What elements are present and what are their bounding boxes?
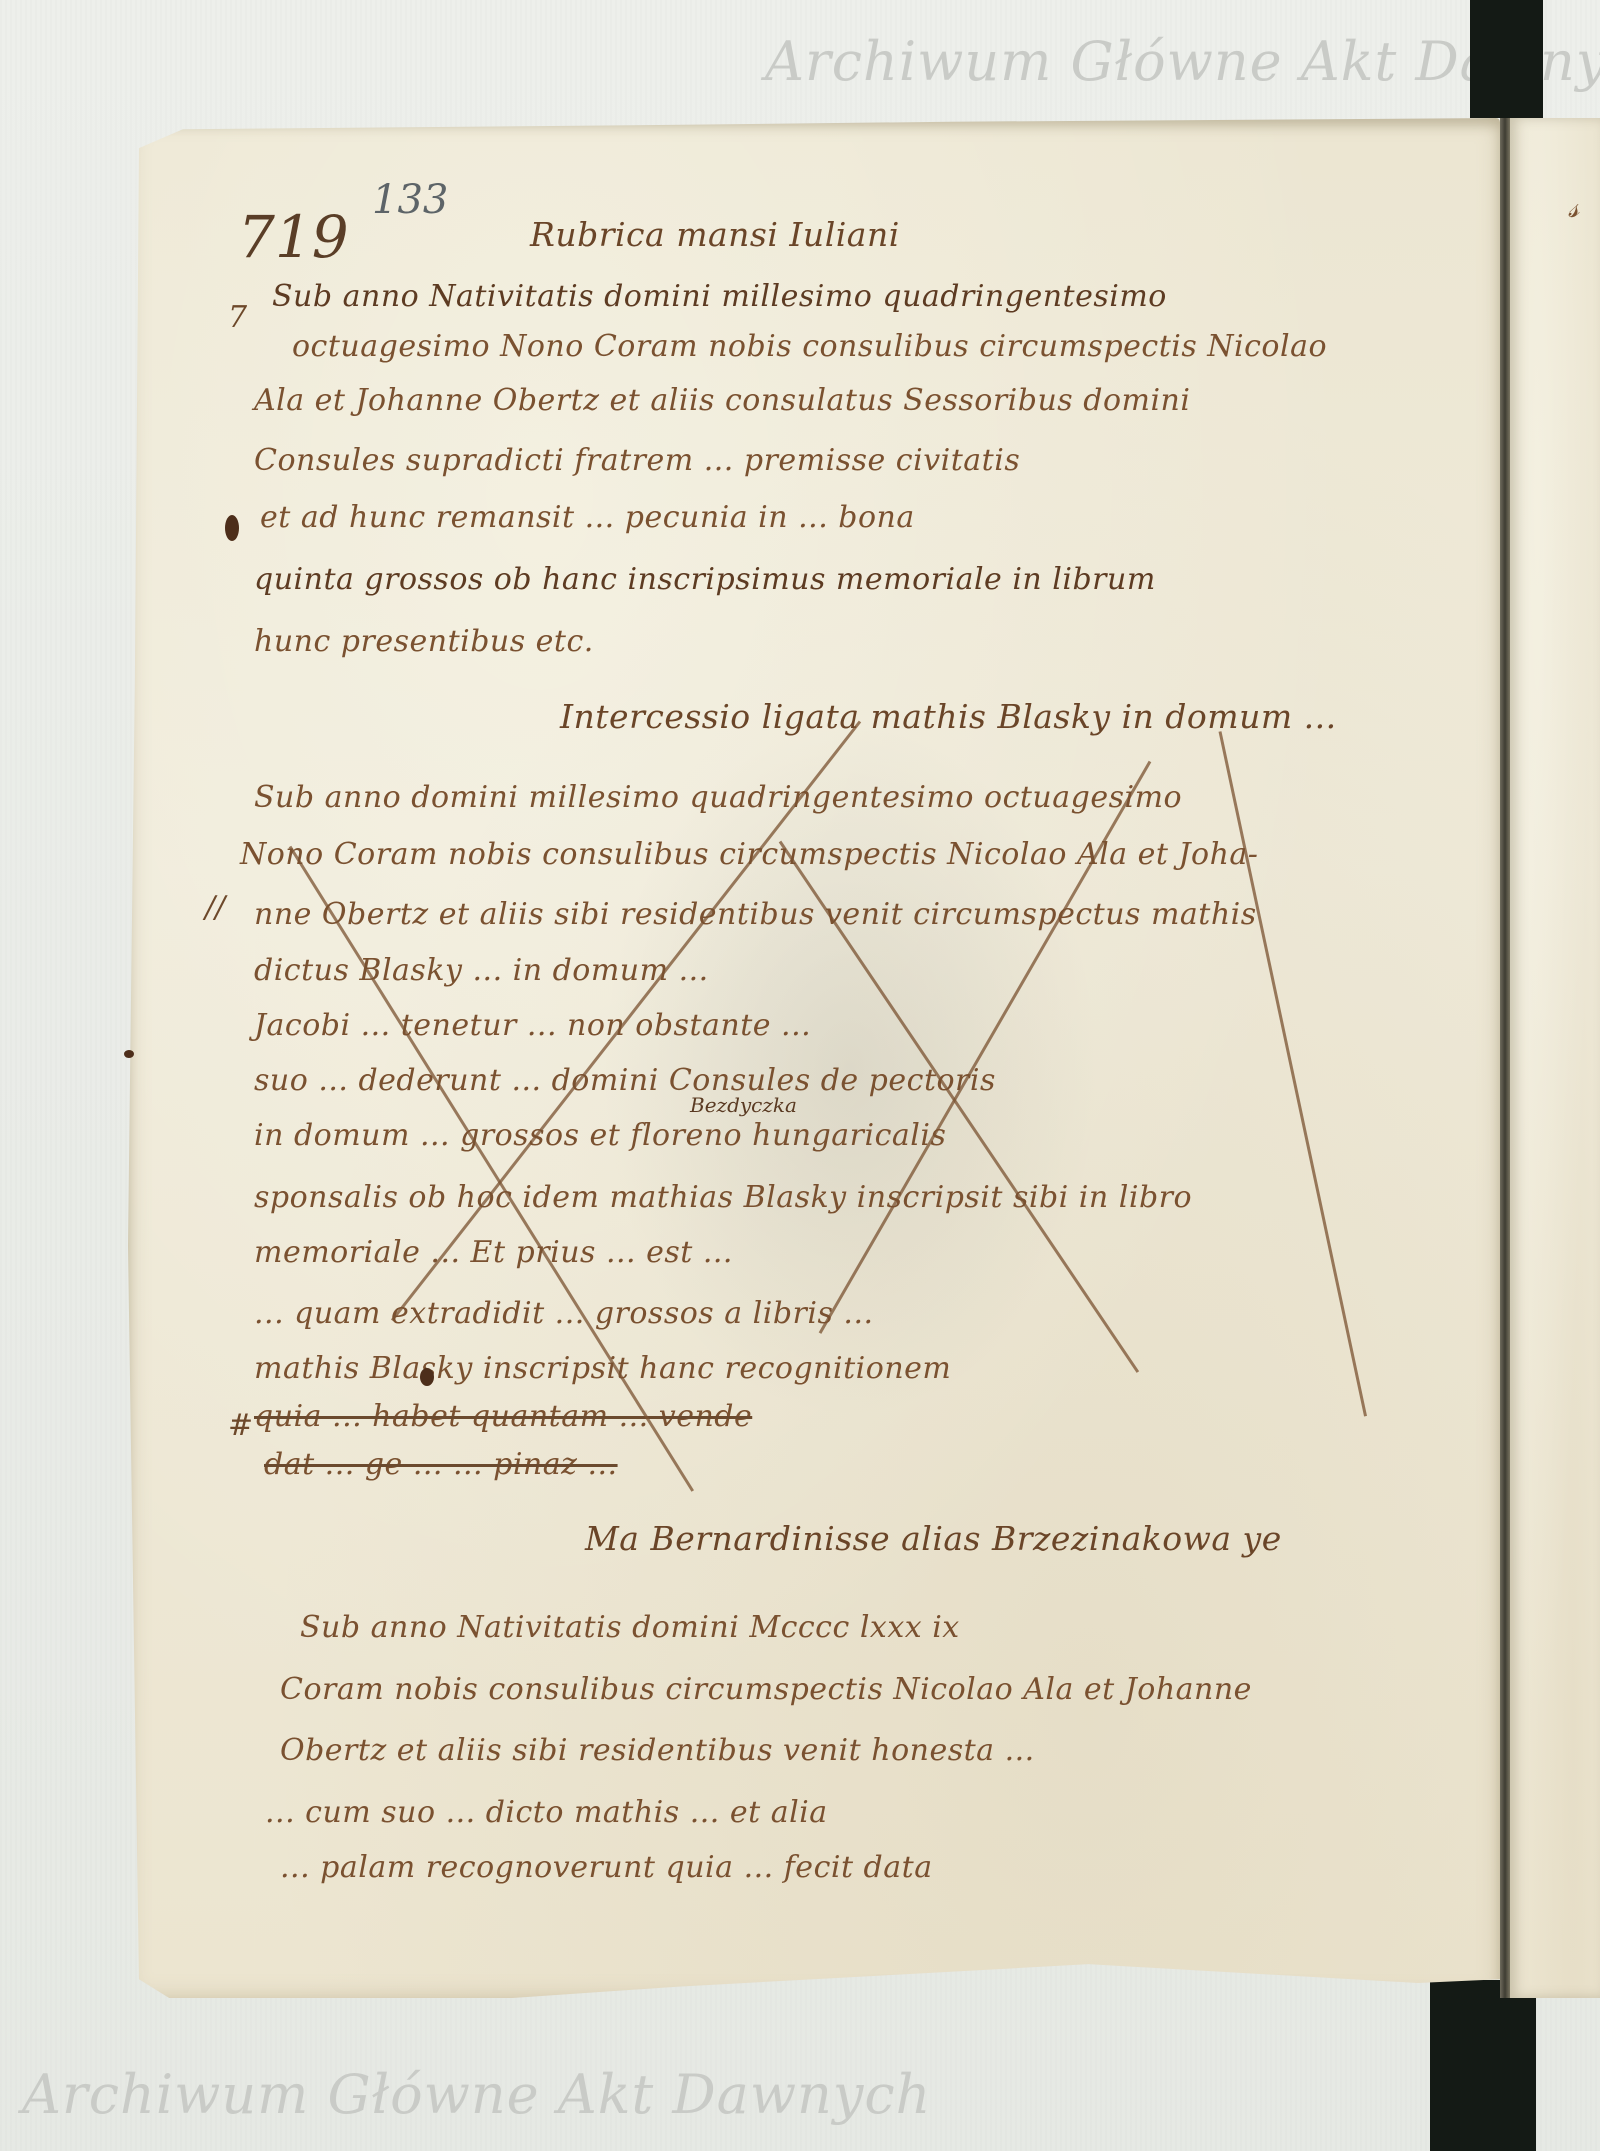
manuscript-line: in domum ... grossos et floreno hungaric… — [254, 1121, 946, 1151]
folio-number-pencil: 133 — [372, 180, 448, 220]
manuscript-line: mathis Blasky inscripsit hanc recognitio… — [254, 1354, 951, 1384]
manuscript-line: Jacobi ... tenetur ... non obstante ... — [254, 1011, 811, 1041]
ink-blot — [124, 1050, 134, 1058]
right-page-fragment: 𝓈 — [1568, 190, 1579, 225]
manuscript-line: octuagesimo Nono Coram nobis consulibus … — [292, 332, 1327, 362]
entry-heading: Intercessio ligata mathis Blasky in domu… — [560, 700, 1337, 733]
manuscript-line-struck: quia ... habet quantam ... vende — [254, 1402, 752, 1432]
margin-mark: 7 — [228, 300, 247, 335]
manuscript-line: suo ... dederunt ... domini Consules de … — [254, 1066, 996, 1096]
manuscript-line: ... cum suo ... dicto mathis ... et alia — [265, 1798, 828, 1828]
manuscript-line: ... quam extradidit ... grossos a libris… — [254, 1299, 874, 1329]
manuscript-line: Sub anno Nativitatis domini millesimo qu… — [272, 282, 1167, 312]
manuscript-line: et ad hunc remansit ... pecunia in ... b… — [260, 503, 915, 533]
manuscript-line: hunc presentibus etc. — [254, 627, 594, 657]
manuscript-line: memoriale ... Et prius ... est ... — [254, 1238, 733, 1268]
archive-watermark-bottom: Archiwum Główne Akt Dawnych — [22, 2068, 931, 2122]
binding-strip-bottom — [1430, 1980, 1536, 2151]
manuscript-line: sponsalis ob hoc idem mathias Blasky ins… — [254, 1183, 1192, 1213]
ink-blot — [225, 515, 239, 541]
binding-strip-top — [1470, 0, 1543, 118]
manuscript-line: Ala et Johanne Obertz et aliis consulatu… — [254, 386, 1190, 416]
ink-blot — [420, 1368, 434, 1386]
manuscript-line: Sub anno domini millesimo quadringentesi… — [254, 783, 1182, 813]
manuscript-line: Consules supradicti fratrem ... premisse… — [254, 446, 1020, 476]
entry-heading: Rubrica mansi Iuliani — [530, 218, 900, 251]
manuscript-page-right — [1510, 118, 1600, 1998]
manuscript-line: Coram nobis consulibus circumspectis Nic… — [280, 1675, 1252, 1705]
folio-number-ink: 719 — [238, 208, 349, 266]
manuscript-line: Obertz et aliis sibi residentibus venit … — [280, 1736, 1035, 1766]
entry-heading: Ma Bernardinisse alias Brzezinakowa ye — [585, 1522, 1282, 1555]
manuscript-line: ... palam recognoverunt quia ... fecit d… — [280, 1853, 933, 1883]
page-gutter — [1500, 118, 1510, 1998]
manuscript-line: dictus Blasky ... in domum ... — [254, 956, 709, 986]
manuscript-line: nne Obertz et aliis sibi residentibus ve… — [254, 900, 1257, 930]
interlinear-insertion: Bezdyczka — [690, 1093, 797, 1117]
manuscript-line: Sub anno Nativitatis domini Mcccc lxxx i… — [300, 1613, 960, 1643]
manuscript-line-struck: dat ... ge ... ... pinaz ... — [264, 1450, 618, 1480]
margin-mark: // — [205, 890, 225, 925]
manuscript-line: quinta grossos ob hanc inscripsimus memo… — [254, 565, 1156, 595]
margin-mark: # — [228, 1408, 253, 1443]
